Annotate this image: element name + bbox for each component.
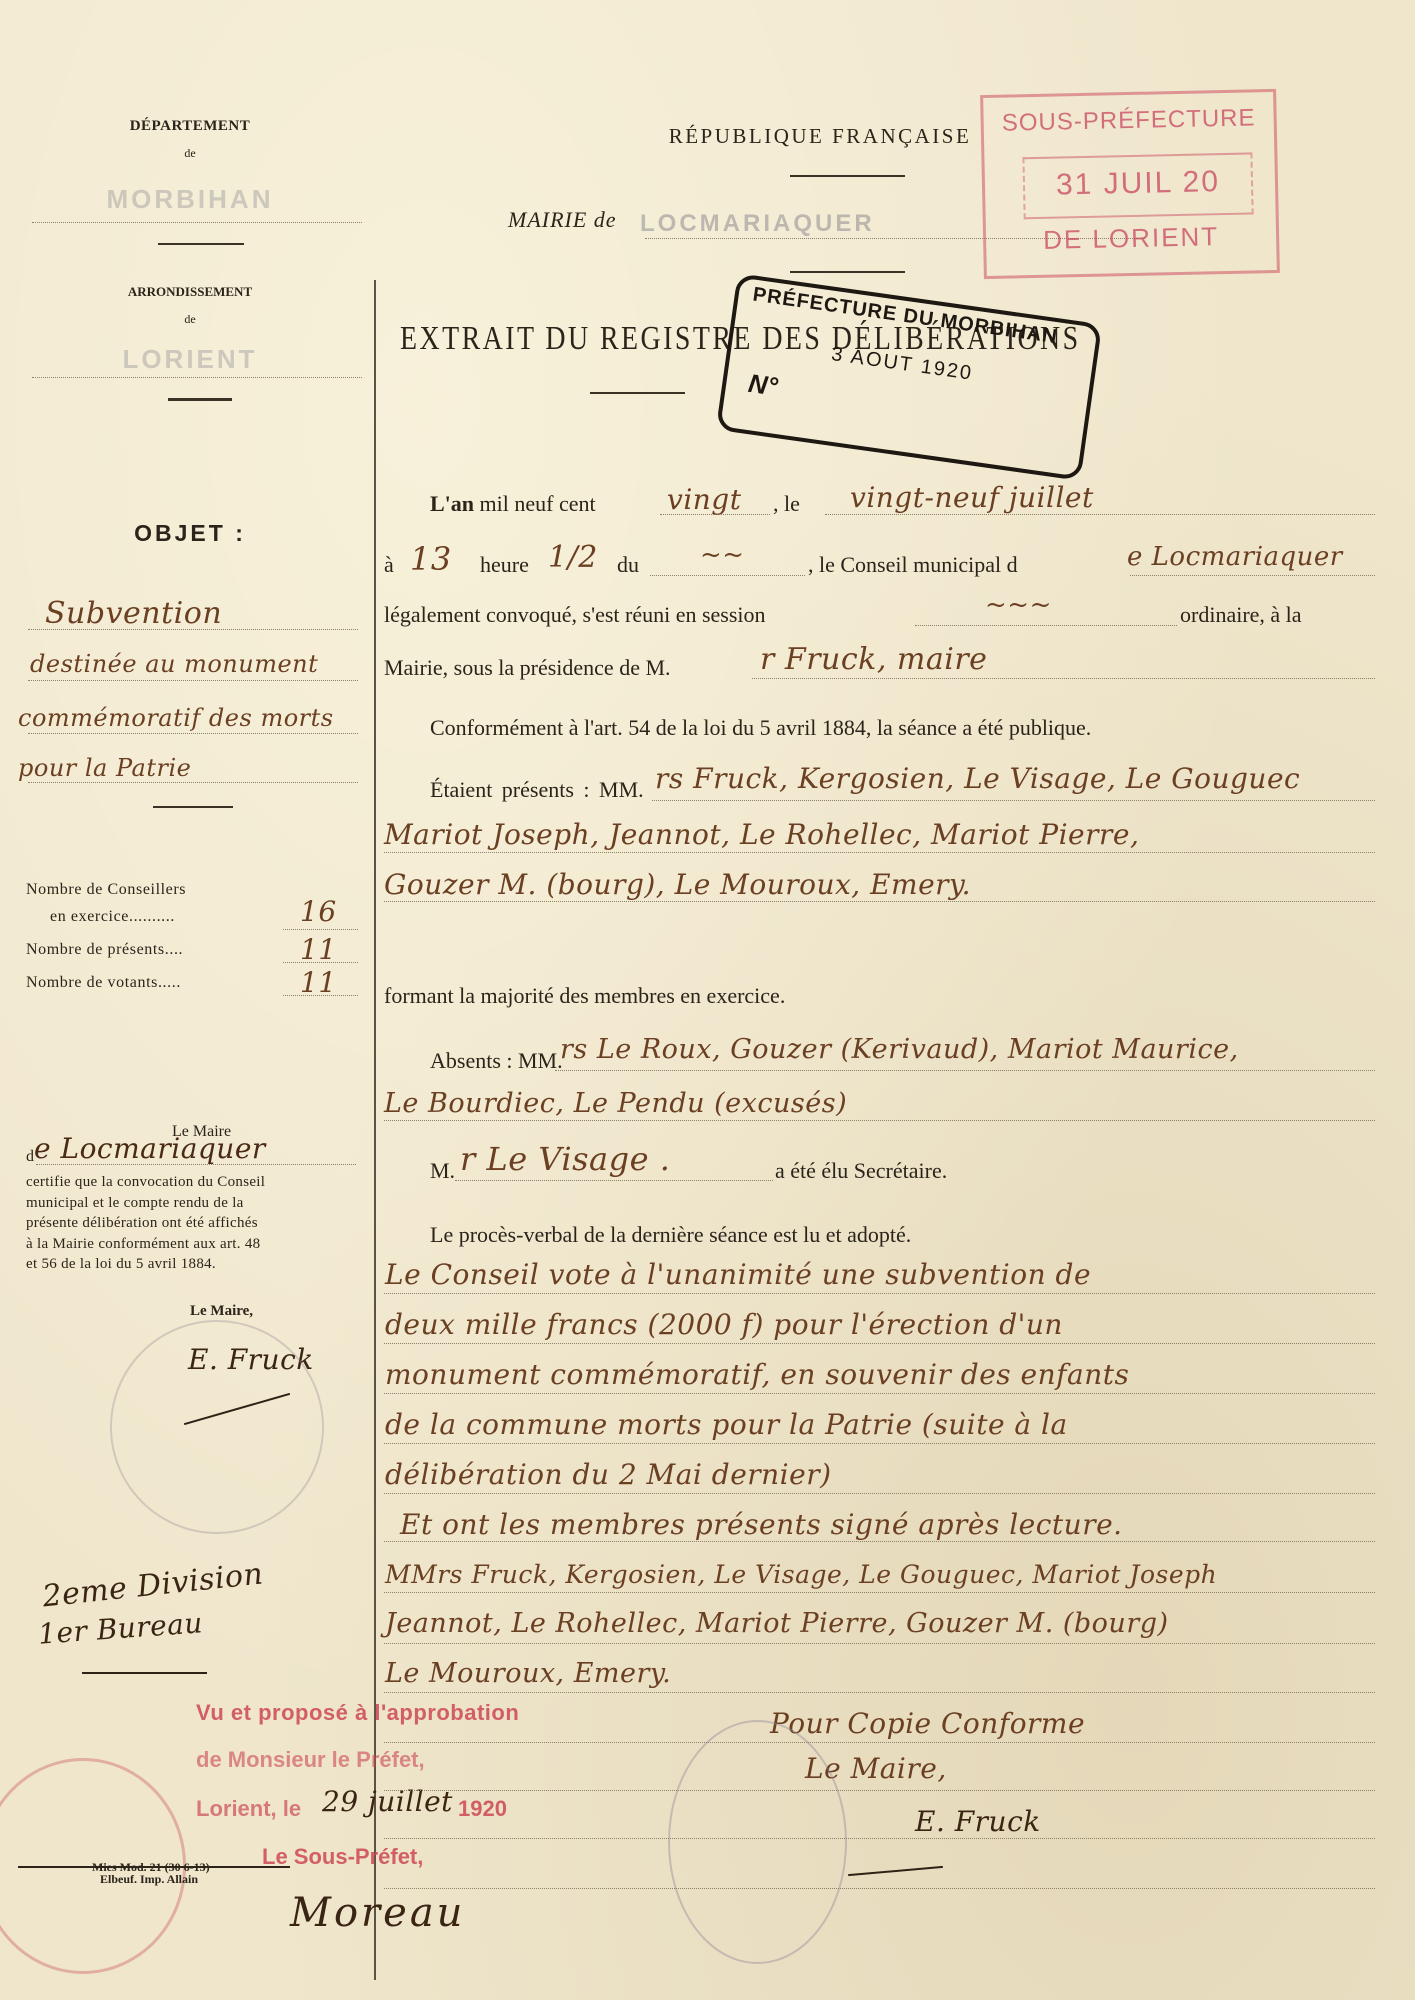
stamp-number-label: N° (746, 368, 779, 403)
closing-signature: E. Fruck (915, 1805, 1041, 1838)
objet-line-1: Subvention (45, 596, 222, 631)
secretary-handwritten: r Le Visage . (460, 1140, 670, 1178)
separator (590, 392, 685, 394)
departement-label: DÉPARTEMENT (40, 118, 340, 135)
copie-conforme: Pour Copie Conforme (770, 1707, 1085, 1740)
session-blank-mark: ~~~ (985, 590, 1052, 620)
deliberation-line-7: MMrs Fruck, Kergosien, Le Visage, Le Gou… (385, 1560, 1217, 1589)
approval-line-2: de Monsieur le Préfet, (196, 1747, 425, 1773)
certification-line: et 56 de la loi du 5 avril 1884. (26, 1254, 356, 1275)
objet-rule (28, 680, 358, 681)
signature-label: Le Maire, (190, 1303, 253, 1320)
prefecture-stamp: PRÉFECTURE DU MORBIHAN 3 AOUT 1920 N° (716, 273, 1102, 481)
fill-line (384, 1120, 1375, 1121)
commune-handwritten: e Locmariaquer (1127, 542, 1343, 572)
arrondissement-line (32, 377, 362, 378)
objet-rule (28, 782, 358, 783)
ordinaire-text: ordinaire, à la (1180, 602, 1302, 628)
fill-line (384, 1838, 1375, 1839)
presidence-text: Mairie, sous la présidence de M. (384, 655, 671, 681)
fill-line (384, 1443, 1375, 1444)
objet-line-3: commémoratif des morts (18, 704, 334, 732)
presents-line-2: Mariot Joseph, Jeannot, Le Rohellec, Mar… (384, 818, 1139, 851)
objet-label: OBJET : (40, 520, 340, 547)
form-rule (18, 1866, 290, 1868)
conseillers-label: Nombre de Conseillers (26, 881, 186, 899)
a-word: à (384, 552, 394, 578)
objet-rule (28, 733, 358, 734)
deliberation-line-4: de la commune morts pour la Patrie (suit… (385, 1408, 1068, 1441)
fill-line (384, 1343, 1375, 1344)
le-word: , le (773, 491, 800, 517)
blank-mark: ~~ (700, 540, 745, 570)
bureau-underline (82, 1672, 207, 1674)
stamp-date: 3 AOUT 1920 (830, 343, 975, 386)
arrondissement-stamp: LORIENT (40, 344, 340, 375)
value-rule (283, 995, 358, 996)
year-handwritten: vingt (667, 483, 741, 516)
departement-de: de (40, 146, 340, 161)
separator (158, 243, 244, 245)
approval-line-3-prefix: Lorient, le (196, 1796, 301, 1822)
certification-commune: e Locmariaquer (34, 1132, 266, 1165)
objet-line-2: destinée au monument (30, 650, 318, 678)
secretary-suffix: a été élu Secrétaire. (775, 1158, 947, 1184)
fill-line (384, 1790, 1375, 1791)
fill-line (384, 1742, 1375, 1743)
president-handwritten: r Fruck, maire (760, 642, 987, 677)
certification-line: certifie que la convocation du Conseil (26, 1172, 356, 1193)
fill-line (384, 852, 1375, 853)
value-rule (283, 929, 358, 930)
conseillers-label-2: en exercice.......... (50, 908, 175, 926)
lan-word: L'an (430, 491, 474, 516)
certification-line: présente délibération ont été affichés (26, 1213, 356, 1234)
arrondissement-label: ARRONDISSEMENT (40, 284, 340, 300)
du-word: du (617, 552, 639, 578)
fill-line (384, 1692, 1375, 1693)
fill-line (650, 575, 805, 576)
presents-line-1: rs Fruck, Kergosien, Le Visage, Le Gougu… (655, 762, 1300, 795)
fill-line (915, 625, 1177, 626)
fill-line (652, 800, 1375, 801)
fill-line (384, 1643, 1375, 1644)
deliberation-line-9: Le Mouroux, Emery. (385, 1658, 671, 1689)
presents-label: Nombre de présents.... (26, 941, 183, 959)
mairie-locmariaquer-round-stamp (668, 1720, 847, 1964)
half-handwritten: 1/2 (548, 540, 598, 575)
separator (153, 806, 233, 808)
fill-line (384, 1393, 1375, 1394)
separator (790, 271, 905, 273)
separator (790, 175, 905, 177)
separator (168, 398, 232, 401)
value-rule (283, 962, 358, 963)
absents-label: Absents : MM. (430, 1048, 563, 1074)
mil-neuf-cent: mil neuf cent (480, 491, 596, 516)
mairie-round-stamp (110, 1320, 324, 1534)
certification-line: à la Mairie conformément aux art. 48 (26, 1234, 356, 1255)
certification-text: certifie que la convocation du Conseil m… (26, 1172, 356, 1275)
fill-line (660, 514, 770, 515)
fill-line (455, 1180, 773, 1181)
mairie-label: MAIRIE de (508, 207, 617, 233)
certification-line: municipal et le compte rendu de la (26, 1193, 356, 1214)
arrondissement-de: de (40, 312, 340, 327)
printer-imprint: Elbeuf. Imp. Allain (100, 1872, 198, 1887)
bureau-note: 1er Bureau (37, 1606, 204, 1650)
deliberation-line-2: deux mille francs (2000 f) pour l'érecti… (385, 1308, 1063, 1341)
fill-line (825, 514, 1375, 515)
fill-line (384, 1888, 1375, 1889)
stamp-date-box: 31 JUIL 20 (1022, 152, 1253, 219)
objet-rule (28, 629, 358, 630)
stamp-date: 31 JUIL 20 (1025, 164, 1252, 203)
absents-line-2: Le Bourdiec, Le Pendu (excusés) (384, 1088, 847, 1119)
secretary-prefix: M. (430, 1158, 455, 1184)
absents-line-1: rs Le Roux, Gouzer (Kerivaud), Mariot Ma… (560, 1034, 1239, 1065)
mairie-stamp: LOCMARIAQUER (640, 210, 875, 238)
presents-label: Étaient présents : MM. (430, 777, 644, 803)
deliberation-line-6: Et ont les membres présents signé après … (400, 1508, 1123, 1541)
deliberation-line-1: Le Conseil vote à l'unanimité une subven… (385, 1258, 1091, 1291)
division-note: 2eme Division (41, 1557, 265, 1615)
heure-word: heure (480, 552, 529, 578)
fill-line (384, 901, 1375, 902)
proces-verbal-text: Le procès-verbal de la dernière séance e… (430, 1222, 911, 1248)
presents-line-3: Gouzer M. (bourg), Le Mouroux, Emery. (384, 868, 971, 901)
departement-line (32, 222, 362, 223)
stamp-line1: SOUS-PRÉFECTURE (983, 104, 1274, 138)
hour-handwritten: 13 (410, 540, 452, 578)
date-handwritten: vingt-neuf juillet (850, 481, 1094, 514)
approval-line-1: Vu et proposé à l'approbation (196, 1700, 519, 1726)
closing-signature-flourish (848, 1866, 943, 1876)
conseil-municipal-text: , le Conseil municipal d (808, 552, 1018, 578)
sous-prefet-signature: Moreau (290, 1890, 465, 1936)
conseillers-value: 16 (300, 895, 337, 928)
departement-stamp: MORBIHAN (40, 184, 340, 215)
fill-line (555, 1070, 1375, 1071)
fill-line (752, 678, 1375, 679)
convoque-text: légalement convoqué, s'est réuni en sess… (384, 602, 766, 628)
votants-label: Nombre de votants..... (26, 974, 181, 992)
certification-de: d (26, 1148, 34, 1166)
fill-line (384, 1541, 1375, 1542)
body-line-1: L'an mil neuf cent (430, 491, 596, 517)
stamp-line3: DE LORIENT (986, 220, 1277, 257)
fill-line (384, 1592, 1375, 1593)
majority-text: formant la majorité des membres en exerc… (384, 983, 785, 1009)
stamp-line1: PRÉFECTURE DU MORBIHAN (751, 284, 1059, 350)
deliberation-line-5: délibération du 2 Mai dernier) (385, 1458, 832, 1491)
fill-line (384, 1493, 1375, 1494)
sous-prefecture-stamp: SOUS-PRÉFECTURE 31 JUIL 20 DE LORIENT (980, 89, 1280, 279)
objet-line-4: pour la Patrie (18, 754, 191, 782)
approval-year: 1920 (458, 1796, 507, 1822)
fill-line (384, 1293, 1375, 1294)
publique-text: Conformément à l'art. 54 de la loi du 5 … (430, 715, 1091, 741)
commune-rule (36, 1164, 356, 1165)
fill-line (1130, 575, 1375, 576)
deliberation-line-3: monument commémoratif, en souvenir des e… (385, 1358, 1129, 1391)
deliberation-line-8: Jeannot, Le Rohellec, Mariot Pierre, Gou… (385, 1608, 1169, 1639)
